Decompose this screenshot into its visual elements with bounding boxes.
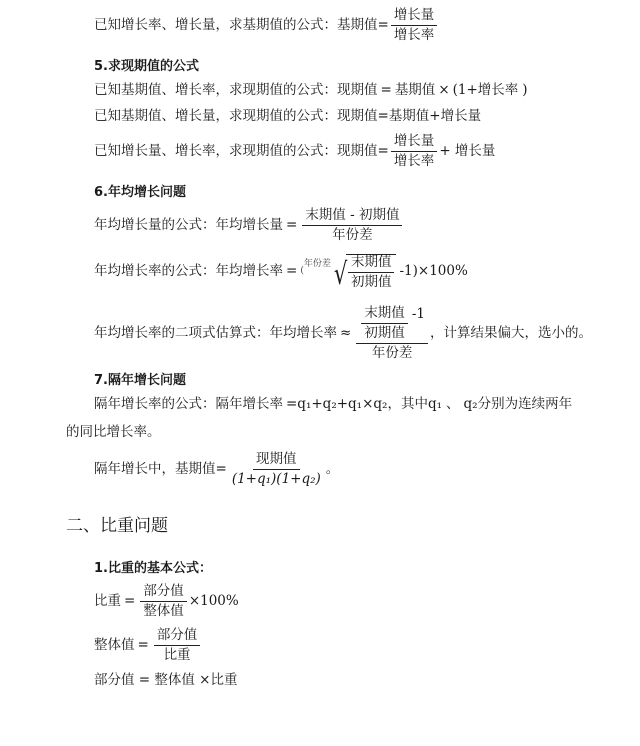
fraction: 增长量 增长率 [391,134,438,169]
formula-text: 已知基期值、增长率，求现期值的公式： [94,84,337,98]
minus-one: -1 [412,307,425,322]
fraction-denominator: 初期值 [348,273,395,290]
fraction-numerator: 末期值 [348,255,395,273]
fraction-denominator: 增长率 [391,152,438,169]
formula-text: 已知增长率、增长量，求基期值的公式：基期值= [94,19,389,33]
equals-sign: = [286,219,297,233]
formula-annual-avg-rate: 年均增长率的公式：年均增长率 = ( 年份差 √ 末期值 初期值 -1)×100… [94,254,468,290]
fraction-numerator: 增长量 [391,134,438,152]
formula-suffix: + 增长量 [439,145,495,159]
inner-fraction: 末期值 初期值 [361,306,408,341]
formula-text: 年均增长量的公式：年均增长量 [94,219,283,233]
equals-sign: = [124,595,135,609]
formula-current-from-increment-rate: 已知增长量、增长率，求现期值的公式：现期值= 增长量 增长率 + 增长量 [94,134,495,169]
fraction-denominator: 年份差 [369,344,416,361]
formula-middle: ，其中 [387,398,428,412]
inner-numerator: 末期值 [361,306,408,324]
radicand: 末期值 初期值 [346,254,397,290]
formula-annual-avg-increment: 年均增长量的公式：年均增长量 = 末期值 - 初期值 年份差 [94,208,404,243]
formula-suffix: ×100% [189,595,239,609]
radical-sign-icon: √ [334,260,347,290]
formula-annual-avg-rate-binomial: 年均增长率的二项式估算式：年均增长率 ≈ 末期值 初期值 -1 年份差 ，计算结… [94,306,592,361]
fraction-denominator: 增长率 [391,26,438,43]
q2-symbol: q₂ [464,398,478,412]
section-7-heading: 7.隔年增长问题 [94,374,186,387]
fraction-numerator: 增长量 [391,8,438,26]
q1-symbol: q₁ [428,398,442,412]
formula-suffix: -1)×100% [399,265,467,279]
equals-sign: = [286,265,297,279]
formula-rate: 增长率 [478,84,519,98]
formula-biennial-rate-wrap: 的同比增长率。 [66,426,161,440]
formula-whole-value: 整体值 = 部分值 比重 [94,628,202,663]
fraction: 末期值 - 初期值 年份差 [302,208,402,243]
formula-biennial-base: 隔年增长中，基期值= 现期值 (1+q₁)(1+q₂) 。 [94,452,339,487]
equals-sign: = [381,84,392,98]
section-5-heading: 5.求现期值的公式 [94,60,199,73]
formula-part-value: 部分值 = 整体值 ×比重 [94,674,238,688]
fraction-numerator: 现期值 [253,452,300,470]
approx-sign: ≈ [340,327,351,341]
subsection-1-heading: 1.比重的基本公式： [94,562,212,575]
formula-current-from-base-rate: 已知基期值、增长率，求现期值的公式： 现期值 = 基期值 × (1+ 增长率 ) [94,84,528,98]
fraction: 部分值 比重 [154,628,201,663]
formula-text: 已知增长量、增长率，求现期值的公式：现期值= [94,145,389,159]
formula-tail: 分别为连续两年 [478,398,573,412]
part-2-heading: 二、比重问题 [66,518,168,535]
fraction-numerator: 末期值 初期值 -1 [356,306,428,344]
formula-current-from-base-increment: 已知基期值、增长量，求现期值的公式：现期值=基期值+增长量 [94,110,481,124]
formula-biennial-rate: 隔年增长率的公式：隔年增长率 =q₁+q₂+q₁×q₂ ，其中 q₁ 、 q₂ … [94,398,572,412]
square-root: √ 末期值 初期值 [331,254,397,290]
inner-denominator: 初期值 [361,324,408,341]
fraction-numerator: 部分值 [154,628,201,646]
formula-text: 已知基期值、增长量，求现期值的公式：现期值=基期值+增长量 [94,110,481,124]
formula-proportion: 比重 = 部分值 整体值 ×100% [94,584,239,619]
root-index: 年份差 [304,260,331,269]
formula-suffix: 。 [326,463,340,477]
formula-expression: =q₁+q₂+q₁×q₂ [286,398,387,412]
formula-suffix: ，计算结果偏大，选小的。 [430,327,592,341]
separator: 、 [446,398,460,412]
formula-base: 基期值 [395,84,436,98]
equals-sign: = [138,639,149,653]
fraction-denominator: 比重 [161,646,194,663]
formula-base-period-from-rate: 已知增长率、增长量，求基期值的公式：基期值= 增长量 增长率 [94,8,439,43]
section-6-heading: 6.年均增长问题 [94,186,186,199]
paren-open: (1+ [453,84,478,98]
fraction-denominator: 年份差 [329,226,376,243]
formula-lhs: 整体值 [94,639,135,653]
formula-text: 年均增长率的公式：年均增长率 [94,265,283,279]
fraction-denominator: (1+q₁)(1+q₂) [229,470,324,487]
fraction: 部分值 整体值 [140,584,187,619]
fraction-denominator: 整体值 [140,602,187,619]
fraction-numerator: 部分值 [140,584,187,602]
formula-text: 隔年增长中，基期值= [94,463,227,477]
fraction: 增长量 增长率 [391,8,438,43]
times-sign: × [438,84,449,98]
formula-lhs: 比重 [94,595,121,609]
formula-lhs: 现期值 [337,84,378,98]
fraction: 末期值 初期值 -1 年份差 [356,306,428,361]
formula-text: 年均增长率的二项式估算式：年均增长率 [94,327,337,341]
fraction-numerator: 末期值 - 初期值 [302,208,402,226]
fraction: 现期值 (1+q₁)(1+q₂) [229,452,324,487]
fraction: 末期值 初期值 [348,255,395,290]
formula-text: 隔年增长率的公式：隔年增长率 [94,398,283,412]
paren-close: ) [522,84,527,98]
